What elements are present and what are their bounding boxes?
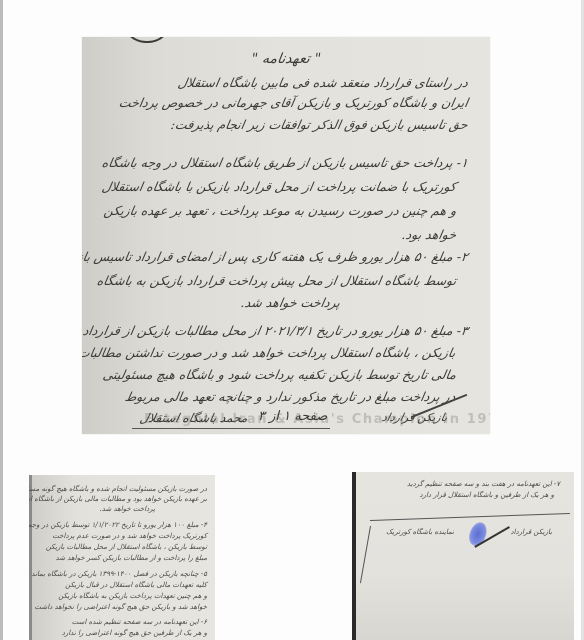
club-rep-signature-label: نماینده باشگاه کورتریک: [386, 528, 454, 536]
text-line: و هر یک از طرفین حق هیچ گونه اعتراضی را …: [62, 629, 207, 637]
clause-1-line: کورتریک با ضمانت پرداخت از محل قرارداد ب…: [101, 179, 458, 194]
text-line: در راستای قرارداد منعقد شده فی مابین باش…: [177, 75, 470, 90]
commitment-letter-page-2: در صورت بازیکن مسئولیت انجام شده و باشگا…: [29, 475, 215, 640]
page-number: صفحه ۱ از ۳: [258, 409, 327, 424]
text-line: ۷- این تعهدنامه در هفت بند و سه صفحه تنظ…: [407, 480, 560, 488]
text-line: ۴- مبلغ ۱۰۰ هزار یورو تا تاریخ ۱/۱/۲۰۲۲ …: [29, 521, 207, 529]
text-line: در صورت بازیکن مسئولیت انجام شده و باشگا…: [29, 485, 207, 493]
commitment-letter-page-3: ۷- این تعهدنامه در هفت بند و سه صفحه تنظ…: [352, 472, 574, 640]
clause-1-line: خواهد بود.: [400, 227, 457, 242]
clause-3-line: ۳- مبلغ ۵۰ هزار یورو در تاریخ ۲۰۲۱/۳/۱ ا…: [82, 323, 469, 338]
text-line: کورتریک پرداخت خواهد شد و در صورت عدم پر…: [52, 532, 207, 540]
clause-3-line: مالی تاریخ توسط بازیکن تکفیه پرداخت شود …: [101, 367, 457, 382]
text-line: ۶- این تعهدنامه در سه صفحه تنظیم شده است: [72, 618, 207, 626]
text-line: ایران و باشگاه کورتریک و بازیکن آقای جهر…: [118, 95, 470, 110]
clause-1-line: ۱- پرداخت حق تاسیس بازیکن از طریق باشگاه…: [101, 155, 470, 170]
text-line: و هر یک از طرفین و باشگاه استقلال قرار د…: [419, 491, 554, 499]
clause-2-line: پرداخت خواهد شد.: [239, 295, 341, 310]
clause-2-line: توسط باشگاه استقلال از محل پیش پرداخت قر…: [95, 273, 457, 288]
clause-3-line: بازیکن ، باشگاه استقلال پرداخت خواهد شد …: [82, 345, 457, 360]
text-line: و هم چنین تعهدات پرداخت بازیکن به باشگاه…: [58, 592, 207, 600]
text-line: خواهد شد و بازیکن حق هیچ گونه اعتراضی را…: [34, 603, 207, 611]
text-line: حق تاسیس بازیکن فوق الذکر توافقات زیر ان…: [170, 117, 469, 132]
text-line: بر عهده بازیکن خواهد بود و مطالبات مالی …: [29, 495, 207, 503]
text-line: ۵- چنانچه بازیکن در فصل ۱۴۰۰-۱۳۹۹ بازیکن…: [31, 570, 207, 578]
pen-stroke-decoration: [122, 37, 172, 43]
footer-rule: [132, 428, 330, 429]
club-signature: محمد باشگاه استقلال: [139, 411, 250, 425]
page-edge: [352, 472, 356, 640]
player-signature: بازیکن قرارداد: [381, 411, 449, 424]
document-photo-collage: " تعهدنامه " در راستای قرارداد منعقد شده…: [0, 0, 584, 640]
text-line: پرداخت خواهد شد.: [99, 505, 155, 513]
signature-box-border: [360, 526, 371, 583]
text-line: کلیه تعهدات مالی باشگاه استقلال در قبال …: [65, 581, 207, 589]
commitment-letter-page-1: " تعهدنامه " در راستای قرارداد منعقد شده…: [82, 37, 490, 434]
text-line: مبلغ را پرداخت و از مطالبات بازیکن کسر خ…: [56, 554, 207, 562]
signature-box-border: [370, 513, 570, 521]
clause-2-line: ۲- مبلغ ۵۰ هزار یورو ظرف یک هفته کاری پس…: [82, 249, 469, 264]
document-title: " تعهدنامه ": [82, 51, 490, 67]
player-signature-label: بازیکن قرارداد: [510, 528, 552, 536]
text-line: توسط بازیکن ، باشگاه استقلال از محل مطال…: [46, 543, 207, 551]
clause-1-line: و هم چنین در صورت رسیدن به موعد پرداخت ،…: [102, 203, 457, 218]
image-border-left: [0, 0, 3, 640]
clause-3-line: در پرداخت مبلغ در تاریخ مذکور ندارد و چن…: [124, 389, 457, 404]
